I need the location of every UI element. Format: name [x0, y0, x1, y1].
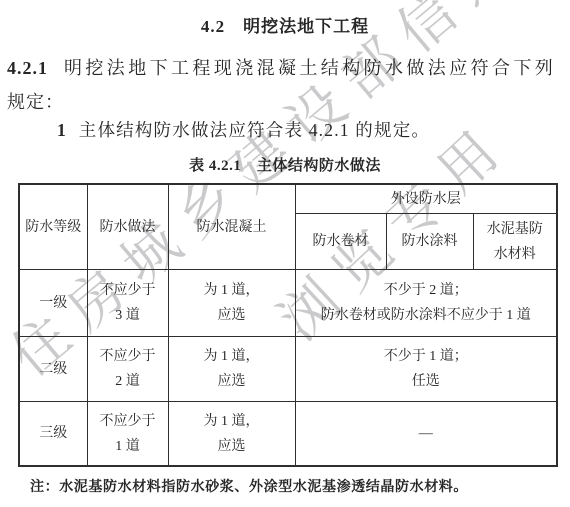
cell-concrete-line-1: 为 1 道，: [169, 344, 295, 369]
cell-concrete-line-2: 应选: [169, 303, 295, 328]
cell-method-line-1: 不应少于: [88, 409, 168, 434]
cell-outer-line-1: —: [296, 421, 557, 446]
header-cement-line-2: 水材料: [474, 242, 557, 267]
cell-method-line-1: 不应少于: [88, 278, 168, 303]
cell-concrete: 为 1 道， 应选: [168, 337, 295, 402]
cell-concrete-line-1: 为 1 道，: [169, 278, 295, 303]
cell-method-line-2: 1 道: [88, 434, 168, 459]
cell-method: 不应少于 2 道: [87, 337, 168, 402]
item-number: 1: [57, 120, 66, 140]
header-waterproof-grade: 防水等级: [19, 184, 87, 270]
header-outer-waterproof-layer: 外设防水层: [295, 184, 557, 214]
cell-outer-layer: —: [295, 402, 557, 467]
cell-outer-layer: 不少于 1 道； 任选: [295, 337, 557, 402]
header-coating: 防水涂料: [386, 214, 473, 270]
clause-4-2-1: 4.2.1明挖法地下工程现浇混凝土结构防水做法应符合下列 规定：: [7, 55, 562, 115]
cell-grade: 三级: [19, 402, 87, 467]
cell-method: 不应少于 1 道: [87, 402, 168, 467]
table-row-grade-3: 三级 不应少于 1 道 为 1 道， 应选 —: [19, 402, 557, 467]
header-waterproof-concrete: 防水混凝土: [168, 184, 295, 270]
cell-outer-line-2: 防水卷材或防水涂料不应少于 1 道: [296, 303, 557, 328]
cell-grade: 一级: [19, 270, 87, 337]
header-membrane: 防水卷材: [295, 214, 386, 270]
cell-outer-line-1: 不少于 2 道；: [296, 278, 557, 303]
table-row-grade-1: 一级 不应少于 3 道 为 1 道， 应选 不少于 2 道； 防水卷材或防水涂料…: [19, 270, 557, 337]
table-caption: 表 4.2.1 主体结构防水做法: [0, 154, 570, 175]
item-1: 1主体结构防水做法应符合表 4.2.1 的规定。: [0, 117, 570, 142]
cell-outer-line-1: 不少于 1 道；: [296, 344, 557, 369]
clause-text-line-1: 明挖法地下工程现浇混凝土结构防水做法应符合下列: [64, 58, 556, 78]
header-cement-line-1: 水泥基防: [474, 217, 557, 242]
clause-number: 4.2.1: [7, 58, 48, 78]
item-text: 主体结构防水做法应符合表 4.2.1 的规定。: [79, 120, 430, 140]
waterproofing-methods-table: 防水等级 防水做法 防水混凝土 外设防水层 防水卷材 防水涂料 水泥基防 水材料…: [18, 183, 558, 467]
cell-concrete-line-1: 为 1 道，: [169, 409, 295, 434]
header-waterproof-method: 防水做法: [87, 184, 168, 270]
clause-line-1: 4.2.1明挖法地下工程现浇混凝土结构防水做法应符合下列: [7, 55, 562, 81]
cell-outer-layer: 不少于 2 道； 防水卷材或防水涂料不应少于 1 道: [295, 270, 557, 337]
table-note: 注：水泥基防水材料指防水砂浆、外涂型水泥基渗透结晶防水材料。: [30, 476, 566, 496]
cell-concrete: 为 1 道， 应选: [168, 270, 295, 337]
cell-concrete-line-2: 应选: [169, 434, 295, 459]
cell-grade: 二级: [19, 337, 87, 402]
cell-method-line-2: 3 道: [88, 303, 168, 328]
cell-method-line-1: 不应少于: [88, 344, 168, 369]
header-row-1: 防水等级 防水做法 防水混凝土 外设防水层: [19, 184, 557, 214]
table-row-grade-2: 二级 不应少于 2 道 为 1 道， 应选 不少于 1 道； 任选: [19, 337, 557, 402]
clause-text-line-2: 规定：: [7, 89, 562, 115]
cell-method: 不应少于 3 道: [87, 270, 168, 337]
header-cement-based: 水泥基防 水材料: [473, 214, 557, 270]
cell-method-line-2: 2 道: [88, 369, 168, 394]
document-page: 住房城乡建设部信息 浏览专用 4.2 明挖法地下工程 4.2.1明挖法地下工程现…: [0, 0, 570, 507]
cell-outer-line-2: 任选: [296, 369, 557, 394]
cell-concrete-line-2: 应选: [169, 369, 295, 394]
cell-concrete: 为 1 道， 应选: [168, 402, 295, 467]
document-content: 4.2 明挖法地下工程 4.2.1明挖法地下工程现浇混凝土结构防水做法应符合下列…: [0, 0, 570, 507]
section-heading: 4.2 明挖法地下工程: [0, 12, 570, 37]
